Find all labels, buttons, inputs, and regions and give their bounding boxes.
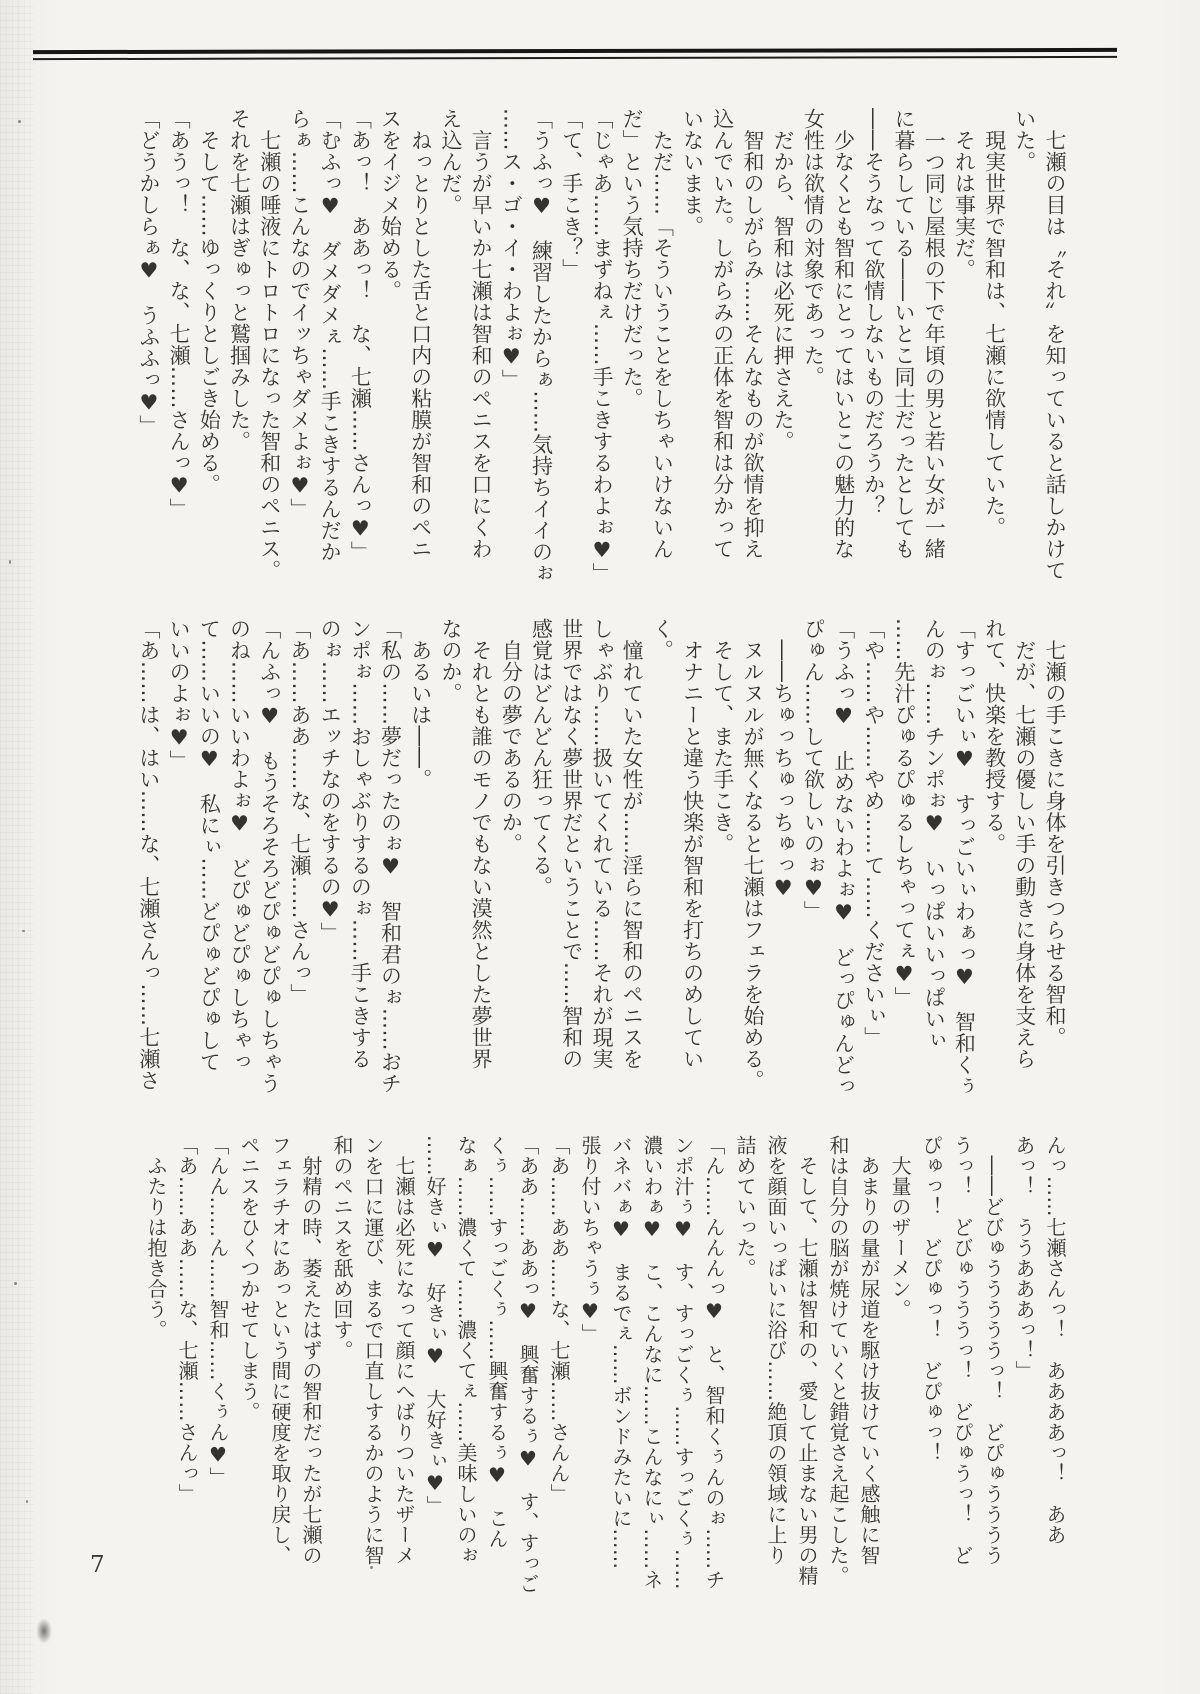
text-column: ……ス・ゴ・イ・わよぉ♥」 bbox=[496, 108, 526, 578]
text-column: れて、快楽を教授する。 bbox=[979, 618, 1009, 1102]
text-column: 「ん……んんんっ♥ と、智和くぅんのぉ……チ bbox=[698, 1135, 729, 1573]
text-band-middle: 七瀬の手こきに身体を引きつらせる智和。 だが、七瀬の優しい手の動きに身体を支えら… bbox=[134, 618, 1070, 1102]
text-column: ンを口に運び、まるで口直しするかのように智 bbox=[357, 1135, 388, 1573]
text-column: 七瀬の目は〝それ〟を知っていると話しかけて bbox=[1040, 108, 1070, 578]
text-column: ンポぉ……おしゃぶりするのぉ……手こきする bbox=[345, 618, 375, 1102]
text-column: なのか。 bbox=[436, 618, 466, 1102]
text-column: それとも誰のモノでもない漠然とした夢世界 bbox=[466, 618, 496, 1102]
text-column: ……好きぃ♥ 好きぃ♥ 大好きぃ♥」 bbox=[419, 1135, 450, 1573]
text-column: いた。 bbox=[1010, 108, 1040, 578]
text-column: 詰めていった。 bbox=[729, 1135, 760, 1573]
text-column: あまりの量が尿道を駆け抜けていく感触に智 bbox=[853, 1135, 884, 1573]
scan-speck bbox=[14, 1282, 17, 1285]
text-column: あっ！ ううあああっ！」 bbox=[1008, 1135, 1039, 1573]
text-column: そして……ゆっくりとしごき始める。 bbox=[194, 108, 224, 578]
text-column: に暮らしている――いとこ同士だったとしても bbox=[889, 108, 919, 578]
text-column: 込んでいた。しがらみの正体を智和は分かって bbox=[708, 108, 738, 578]
text-column: いいのよぉ♥」 bbox=[164, 618, 194, 1102]
text-column: 「あ……は、はい……な、七瀬さんっ……七瀬さ bbox=[134, 618, 164, 1102]
text-column: フェラチオにあっという間に硬度を取り戻し、 bbox=[264, 1135, 295, 1573]
text-column: いないまま。 bbox=[677, 108, 707, 578]
text-column: ――そうなって欲情しないものだろうか？ bbox=[859, 108, 889, 578]
text-column: 少なくとも智和にとってはいとこの魅力的な bbox=[828, 108, 858, 578]
text-column: 「うふっ♥ 練習したからぁ……気持ちイイのぉ bbox=[526, 108, 556, 578]
text-column: オナニーと違う快楽が智和を打ちのめしてい bbox=[677, 618, 707, 1102]
text-column: 感覚はどんどん狂ってくる。 bbox=[526, 618, 556, 1102]
text-column: ペニスをひくつかせてしまう。 bbox=[233, 1135, 264, 1573]
text-column: スをイジメ始める。 bbox=[375, 108, 405, 578]
text-column: ――どびゅうううううっ！ どぴゅうううう bbox=[977, 1135, 1008, 1573]
text-column: 七瀬の唾液にトロトロになった智和のペニス。 bbox=[255, 108, 285, 578]
text-column: だが、七瀬の優しい手の動きに身体を支えら bbox=[1010, 618, 1040, 1102]
text-column: ねっとりとした舌と口内の粘膜が智和のペニ bbox=[406, 108, 436, 578]
text-column: 一つ同じ屋根の下で年頃の男と若い女が一緒 bbox=[919, 108, 949, 578]
text-band-top: 七瀬の目は〝それ〟を知っていると話しかけていた。 現実世界で智和は、七瀬に欲情し… bbox=[134, 108, 1070, 578]
text-column: のね……いいわよぉ♥ どぴゅどぴゅしちゃっ bbox=[224, 618, 254, 1102]
scan-speck bbox=[18, 120, 21, 123]
text-column: らぁ……こんなのでイッちゃダメよぉ♥」 bbox=[285, 108, 315, 578]
text-column: 「ああ……ああっ♥ 興奮するぅ♥ す、すっご bbox=[512, 1135, 543, 1573]
text-column: それは事実だ。 bbox=[949, 108, 979, 578]
text-column: く。 bbox=[647, 618, 677, 1102]
text-column: 智和のしがらみ……そんなものが欲情を抑え bbox=[738, 108, 768, 578]
page-number: 7 bbox=[90, 1552, 105, 1578]
text-column: 和のペニスを舐め回す。 bbox=[326, 1135, 357, 1573]
scan-speck bbox=[22, 930, 25, 932]
text-column: 「あ……ああ……な、七瀬……さんっ」 bbox=[285, 618, 315, 1102]
text-column: 憧れていた女性が……淫らに智和のペニスを bbox=[617, 618, 647, 1102]
text-column: 張り付いちゃうぅ♥」 bbox=[574, 1135, 605, 1573]
text-band-bottom: んっ……七瀬さんっ！ ああああっ！ あああっ！ ううあああっ！」 ――どびゅうう… bbox=[140, 1135, 1070, 1573]
text-column: 濃いわぁ♥ こ、こんなに……こんなにぃ……ネ bbox=[636, 1135, 667, 1573]
text-column: あるいは――。 bbox=[406, 618, 436, 1102]
text-column: 「私の……夢だったのぉ♥ 智和君のぉ……おチ bbox=[375, 618, 405, 1102]
text-column: しゃぶり……扱いてくれている……それが現実 bbox=[587, 618, 617, 1102]
text-column: 大量のザーメン。 bbox=[884, 1135, 915, 1573]
scanned-page: 七瀬の目は〝それ〟を知っていると話しかけていた。 現実世界で智和は、七瀬に欲情し… bbox=[0, 0, 1200, 1694]
text-column: て……いいの♥ 私にぃ……どぴゅどぴゅして bbox=[194, 618, 224, 1102]
text-column: 液を顔面いっぱいに浴び……絶頂の領域に上り bbox=[760, 1135, 791, 1573]
text-column: なぁ……濃くて……濃くてぇ……美味しいのぉ bbox=[450, 1135, 481, 1573]
text-column: うっ！ どびゅうううっ！ どぴゅうっ！ ど bbox=[946, 1135, 977, 1573]
text-column: それを七瀬はぎゅっと鷲掴みした。 bbox=[224, 108, 254, 578]
scan-speck bbox=[26, 1500, 28, 1503]
text-column: ……先汁ぴゅるぴゅるしちゃってぇ♥」 bbox=[889, 618, 919, 1102]
text-column: くぅ……すっごくぅ……興奮するぅ♥ こん bbox=[481, 1135, 512, 1573]
text-column: 「あっ！ ああっ！ な、七瀬……さんっ♥」 bbox=[345, 108, 375, 578]
text-column: 世界ではなく夢世界だということで……智和の bbox=[557, 618, 587, 1102]
text-column: え込んだ。 bbox=[436, 108, 466, 578]
text-column: 七瀬の手こきに身体を引きつらせる智和。 bbox=[1040, 618, 1070, 1102]
text-column: ――ちゅっちゅっちゅっ♥ bbox=[768, 618, 798, 1102]
text-column: ヌルヌルが無くなると七瀬はフェラを始める。 bbox=[738, 618, 768, 1102]
text-column: 「すっごいぃ♥ すっごいぃわぁっ♥ 智和くぅ bbox=[949, 618, 979, 1102]
text-column: バネバぁ♥ まるでぇ……ボンドみたいに…… bbox=[605, 1135, 636, 1573]
text-column: だ」という気持ちだけだった。 bbox=[617, 108, 647, 578]
text-column: 言うが早いか七瀬は智和のペニスを口にくわ bbox=[466, 108, 496, 578]
text-column: 女性は欲情の対象であった。 bbox=[798, 108, 828, 578]
text-column: 「どうかしらぁ♥ うふふっ♥」 bbox=[134, 108, 164, 578]
text-column: ぴゅん……して欲しいのぉ♥」 bbox=[798, 618, 828, 1102]
text-column: 「あ……ああ……な、七瀬……さんん」 bbox=[543, 1135, 574, 1573]
text-column: そして、また手こき。 bbox=[708, 618, 738, 1102]
text-column: そして、七瀬は智和の、愛して止まない男の精 bbox=[791, 1135, 822, 1573]
double-rule bbox=[33, 48, 1117, 60]
text-column: 「んふっ♥ もうそろそろどぴゅどぴゅしちゃう bbox=[255, 618, 285, 1102]
text-column: 「て、手こき？」 bbox=[557, 108, 587, 578]
text-column: 七瀬は必死になって顔にへばりついたザーメ bbox=[388, 1135, 419, 1573]
text-column: のぉ……エッチなのをするの♥」 bbox=[315, 618, 345, 1102]
text-column: んっ……七瀬さんっ！ ああああっ！ ああ bbox=[1039, 1135, 1070, 1573]
text-column: 「あうっ！ な、な、七瀬……さんっ♥」 bbox=[164, 108, 194, 578]
text-column: 現実世界で智和は、七瀬に欲情していた。 bbox=[979, 108, 1009, 578]
text-column: 「んん……ん……智和……くぅん♥」 bbox=[202, 1135, 233, 1573]
text-column: 「じゃあ……まずねぇ……手こきするわよぉ♥」 bbox=[587, 108, 617, 578]
scan-edge-noise bbox=[0, 0, 34, 1694]
text-column: ただ……「そういうことをしちゃいけないん bbox=[647, 108, 677, 578]
text-column: んのぉ……チンポぉ♥ いっぱいいっぱいぃ bbox=[919, 618, 949, 1102]
text-column: 射精の時、萎えたはずの智和だったが七瀬の bbox=[295, 1135, 326, 1573]
text-column: 和は自分の脳が焼けていくと錯覚さえ起こした。 bbox=[822, 1135, 853, 1573]
text-column: 自分の夢であるのか。 bbox=[496, 618, 526, 1102]
text-column: だから、智和は必死に押さえた。 bbox=[768, 108, 798, 578]
text-column: ぴゅっ！ どぴゅっ！ どぴゅっ！ bbox=[915, 1135, 946, 1573]
text-column: 「むふっ♥ ダメダメぇ……手こきするんだか bbox=[315, 108, 345, 578]
scan-smudge bbox=[36, 1618, 52, 1644]
text-column: ンポ汁ぅ♥ す、すっごくぅ……すっごくぅ…… bbox=[667, 1135, 698, 1573]
text-column: 「あ……ああ……な、七瀬……さんっ」 bbox=[171, 1135, 202, 1573]
text-column: 「や……や……やめ……て……くださいぃ」 bbox=[859, 618, 889, 1102]
scan-speck bbox=[9, 560, 11, 564]
text-column: 「うふっ♥ 止めないわよぉ♥ どっぴゅんどっ bbox=[828, 618, 858, 1102]
text-column: ふたりは抱き合う。 bbox=[140, 1135, 171, 1573]
